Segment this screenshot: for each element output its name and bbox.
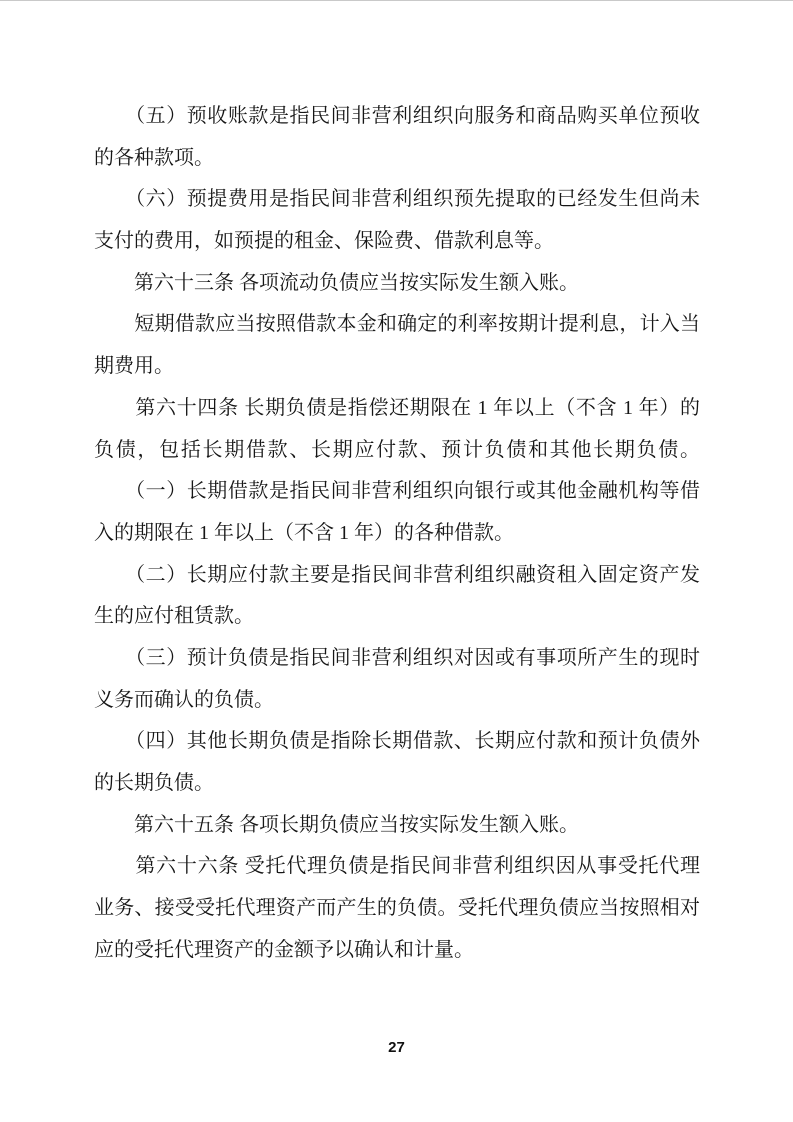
document-page: （五）预收账款是指民间非营利组织向服务和商品购买单位预收的各种款项。 （六）预提… [0,0,793,1122]
text-line: 的长期负债。 [94,763,700,805]
text-line: （二）长期应付款主要是指民间非营利组织融资租入固定资产发 [94,555,700,597]
text-line: 义务而确认的负债。 [94,680,700,722]
text-line: 第六十五条 各项长期负债应当按实际发生额入账。 [94,805,700,847]
text-line: （五）预收账款是指民间非营利组织向服务和商品购买单位预收 [94,96,700,138]
document-body: （五）预收账款是指民间非营利组织向服务和商品购买单位预收的各种款项。 （六）预提… [94,96,700,971]
text-line: 入的期限在 1 年以上（不含 1 年）的各种借款。 [94,513,700,555]
text-line: （三）预计负债是指民间非营利组织对因或有事项所产生的现时 [94,638,700,680]
text-line: 业务、接受受托代理资产而产生的负债。受托代理负债应当按照相对 [94,888,700,930]
text-line: 第六十三条 各项流动负债应当按实际发生额入账。 [94,263,700,305]
text-line: 负债，包括长期借款、长期应付款、预计负债和其他长期负债。 [94,430,700,472]
text-line: 应的受托代理资产的金额予以确认和计量。 [94,930,700,972]
text-line: 支付的费用，如预提的租金、保险费、借款利息等。 [94,221,700,263]
text-line: （一）长期借款是指民间非营利组织向银行或其他金融机构等借 [94,471,700,513]
text-line: （四）其他长期负债是指除长期借款、长期应付款和预计负债外 [94,721,700,763]
text-line: 生的应付租赁款。 [94,596,700,638]
page-number: 27 [388,1039,405,1056]
text-line: 第六十六条 受托代理负债是指民间非营利组织因从事受托代理 [94,846,700,888]
text-line: 期费用。 [94,346,700,388]
text-line: 第六十四条 长期负债是指偿还期限在 1 年以上（不含 1 年）的 [94,388,700,430]
text-line: 短期借款应当按照借款本金和确定的利率按期计提利息，计入当 [94,304,700,346]
text-line: （六）预提费用是指民间非营利组织预先提取的已经发生但尚未 [94,179,700,221]
text-line: 的各种款项。 [94,138,700,180]
page-footer: 27 [0,1038,793,1058]
